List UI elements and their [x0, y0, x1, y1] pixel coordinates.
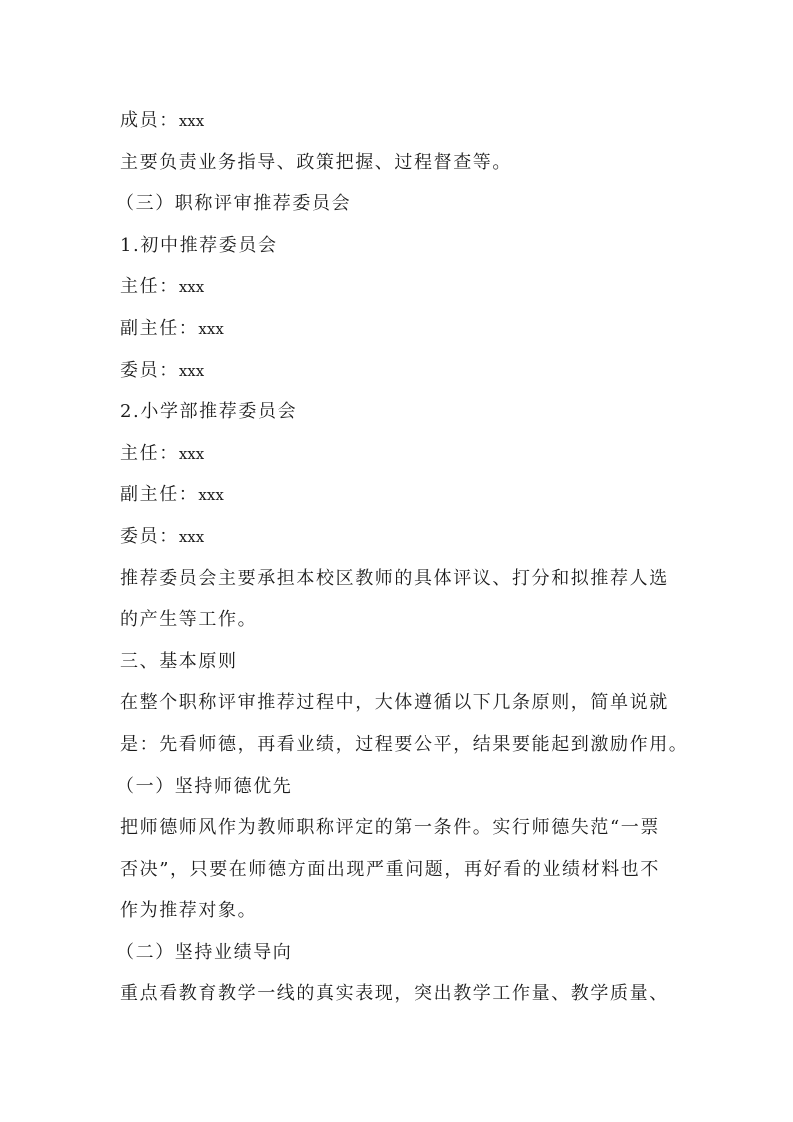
section-heading: （二）坚持业绩导向 — [116, 932, 680, 974]
paragraph-line: 重点看教育教学一线的真实表现，突出教学工作量、教学质量、 — [120, 973, 680, 1015]
paragraph-line: 把师德师风作为教师职称评定的第一条件。实行师德失范“一票 — [120, 807, 680, 849]
section-heading: （一）坚持师德优先 — [116, 766, 680, 808]
document-page: 成员：xxx 主要负责业务指导、政策把握、过程督查等。 （三）职称评审推荐委员会… — [120, 100, 680, 1015]
member-name: xxx — [198, 486, 223, 504]
member-name: xxx — [179, 528, 204, 546]
role-label: 主任： — [120, 443, 179, 464]
subsection-heading: 2.小学部推荐委员会 — [120, 391, 680, 433]
paragraph-line: 主要负责业务指导、政策把握、过程督查等。 — [120, 142, 680, 184]
section-heading: （三）职称评审推荐委员会 — [116, 183, 680, 225]
role-label: 主任： — [120, 276, 179, 297]
member-name: xxx — [198, 320, 223, 338]
role-label: 成员： — [120, 110, 179, 131]
paragraph-line: 的产生等工作。 — [120, 599, 680, 641]
paragraph-line: 推荐委员会主要承担本校区教师的具体评议、打分和拟推荐人选 — [120, 558, 680, 600]
role-label: 委员： — [120, 526, 179, 547]
member-line: 主任：xxx — [120, 266, 680, 308]
member-line: 成员：xxx — [120, 100, 680, 142]
section-heading: 三、基本原则 — [120, 641, 680, 683]
paragraph-line: 否决”，只要在师德方面出现严重问题，再好看的业绩材料也不 — [120, 849, 680, 891]
member-name: xxx — [179, 445, 204, 463]
member-name: xxx — [179, 278, 204, 296]
role-label: 副主任： — [120, 484, 198, 505]
member-line: 副主任：xxx — [120, 308, 680, 350]
member-line: 主任：xxx — [120, 433, 680, 475]
paragraph-line: 在整个职称评审推荐过程中，大体遵循以下几条原则，简单说就 — [120, 682, 680, 724]
member-line: 委员：xxx — [120, 350, 680, 392]
member-name: xxx — [179, 362, 204, 380]
member-line: 委员：xxx — [120, 516, 680, 558]
paragraph-line: 作为推荐对象。 — [120, 890, 680, 932]
role-label: 副主任： — [120, 318, 198, 339]
paragraph-line: 是：先看师德，再看业绩，过程要公平，结果要能起到激励作用。 — [120, 724, 680, 766]
member-line: 副主任：xxx — [120, 474, 680, 516]
member-name: xxx — [179, 112, 204, 130]
subsection-heading: 1.初中推荐委员会 — [120, 225, 680, 267]
role-label: 委员： — [120, 360, 179, 381]
